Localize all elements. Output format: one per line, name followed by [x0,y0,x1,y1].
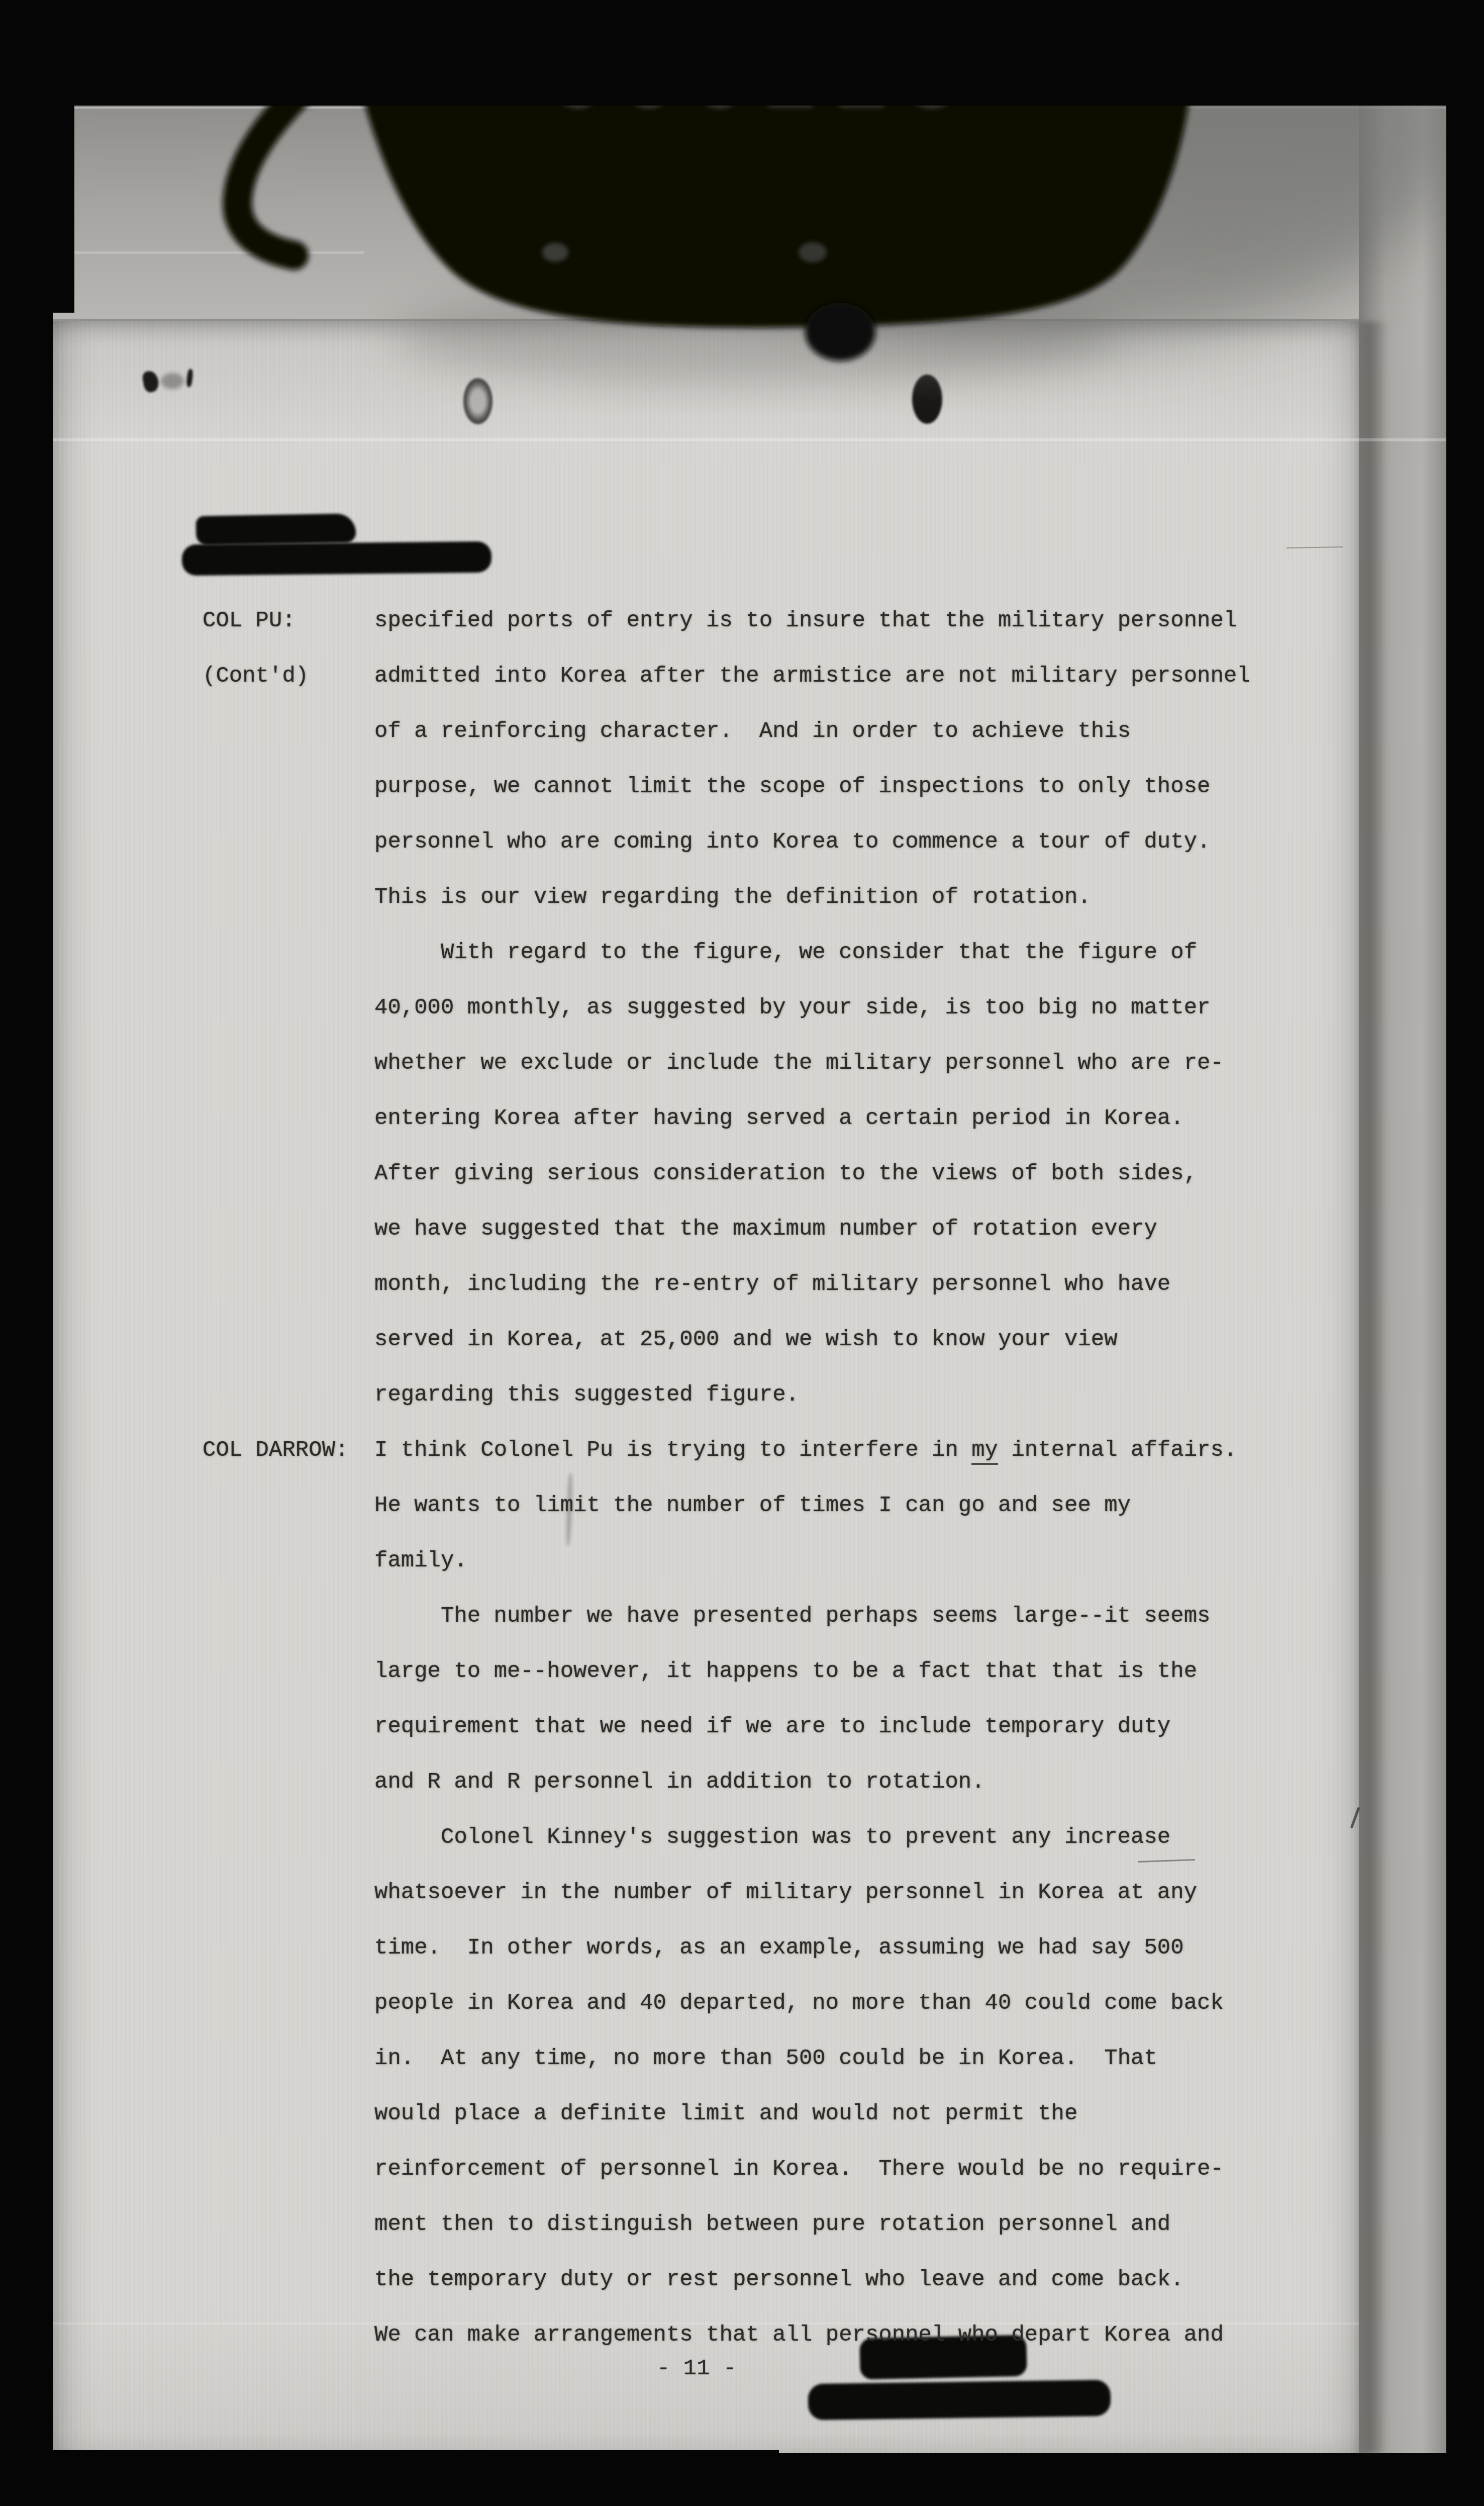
transcript-line: people in Korea and 40 departed, no more… [0,1976,1484,2031]
line-text: I think Colonel Pu is trying to interfer… [374,1423,1237,1478]
transcript-line: served in Korea, at 25,000 and we wish t… [0,1312,1484,1367]
line-text: admitted into Korea after the armistice … [374,648,1250,704]
line-text: requirement that we need if we are to in… [374,1699,1170,1754]
film-frame-top [0,0,1484,106]
transcript-line: After giving serious consideration to th… [0,1146,1484,1201]
line-text: large to me--however, it happens to be a… [374,1644,1197,1699]
camera-knob [799,242,827,262]
transcript-line: ment then to distinguish between pure ro… [0,2197,1484,2252]
line-text: reinforcement of personnel in Korea. The… [374,2142,1224,2197]
line-text: and R and R personnel in addition to rot… [374,1754,985,1810]
line-text: people in Korea and 40 departed, no more… [374,1976,1224,2031]
transcript-line: of a reinforcing character. And in order… [0,704,1484,759]
camera-body-drip [805,303,875,361]
speaker-label: (Cont'd) [203,648,309,704]
line-text: We can make arrangements that all person… [374,2307,1224,2363]
transcript-line: (Cont'd)admitted into Korea after the ar… [0,648,1484,704]
line-text: whatsoever in the number of military per… [374,1865,1197,1920]
line-text: in. At any time, no more than 500 could … [374,2031,1157,2086]
transcript-line: time. In other words, as an example, ass… [0,1920,1484,1976]
transcript-line: We can make arrangements that all person… [0,2307,1484,2363]
line-text: served in Korea, at 25,000 and we wish t… [374,1312,1118,1367]
line-text: ment then to distinguish between pure ro… [374,2197,1170,2252]
transcript-line: This is our view regarding the definitio… [0,870,1484,925]
line-text: personnel who are coming into Korea to c… [374,814,1210,870]
speaker-label: COL PU: [203,593,295,648]
transcript-line: The number we have presented perhaps see… [0,1589,1484,1644]
line-text: This is our view regarding the definitio… [374,870,1091,925]
transcript-line: COL DARROW:I think Colonel Pu is trying … [0,1423,1484,1478]
underlined-word: my [971,1438,998,1465]
transcript-line: whatsoever in the number of military per… [0,1865,1484,1920]
line-text: He wants to limit the number of times I … [374,1478,1131,1533]
transcript-line: requirement that we need if we are to in… [0,1699,1484,1754]
line-text: After giving serious consideration to th… [374,1146,1197,1201]
transcript-line: personnel who are coming into Korea to c… [0,814,1484,870]
transcript-line: in. At any time, no more than 500 could … [0,2031,1484,2086]
page-number: - 11 - [657,2354,736,2384]
line-text: With regard to the figure, we consider t… [441,925,1197,980]
film-frame-right [1446,0,1484,2506]
transcript-line: large to me--however, it happens to be a… [0,1644,1484,1699]
line-text: month, including the re-entry of militar… [374,1257,1170,1312]
line-text: whether we exclude or include the milita… [374,1036,1224,1091]
film-frame-left [0,0,53,2506]
line-text: of a reinforcing character. And in order… [374,704,1131,759]
transcript-line: the temporary duty or rest personnel who… [0,2252,1484,2307]
line-text: would place a definite limit and would n… [374,2086,1077,2142]
film-frame-bottom [0,2456,1484,2506]
line-text: family. [374,1533,467,1589]
line-text: the temporary duty or rest personnel who… [374,2252,1184,2307]
transcript-line: family. [0,1533,1484,1589]
transcript-line: and R and R personnel in addition to rot… [0,1754,1484,1810]
speaker-label: COL DARROW: [203,1423,348,1478]
transcript-line: would place a definite limit and would n… [0,2086,1484,2142]
line-text: we have suggested that the maximum numbe… [374,1201,1157,1257]
transcript-line: 40,000 monthly, as suggested by your sid… [0,980,1484,1036]
line-text: 40,000 monthly, as suggested by your sid… [374,980,1210,1036]
transcript-line: He wants to limit the number of times I … [0,1478,1484,1533]
line-text: time. In other words, as an example, ass… [374,1920,1184,1976]
transcript-line: month, including the re-entry of militar… [0,1257,1484,1312]
transcript-line: With regard to the figure, we consider t… [0,925,1484,980]
transcript-line: entering Korea after having served a cer… [0,1091,1484,1146]
transcript-line: COL PU:specified ports of entry is to in… [0,593,1484,648]
line-text: purpose, we cannot limit the scope of in… [374,759,1210,814]
line-text: specified ports of entry is to insure th… [374,593,1237,648]
line-text: entering Korea after having served a cer… [374,1091,1184,1146]
transcript-line: regarding this suggested figure. [0,1367,1484,1423]
transcript-line: purpose, we cannot limit the scope of in… [0,759,1484,814]
line-text: regarding this suggested figure. [374,1367,799,1423]
transcript-line: we have suggested that the maximum numbe… [0,1201,1484,1257]
transcript-line: whether we exclude or include the milita… [0,1036,1484,1091]
line-text: Colonel Kinney's suggestion was to preve… [441,1810,1170,1865]
camera-knob [542,243,568,262]
line-text: The number we have presented perhaps see… [441,1589,1210,1644]
transcript-line: reinforcement of personnel in Korea. The… [0,2142,1484,2197]
microfilm-scan: COL PU:specified ports of entry is to in… [0,0,1484,2506]
transcript-line: Colonel Kinney's suggestion was to preve… [0,1810,1484,1865]
